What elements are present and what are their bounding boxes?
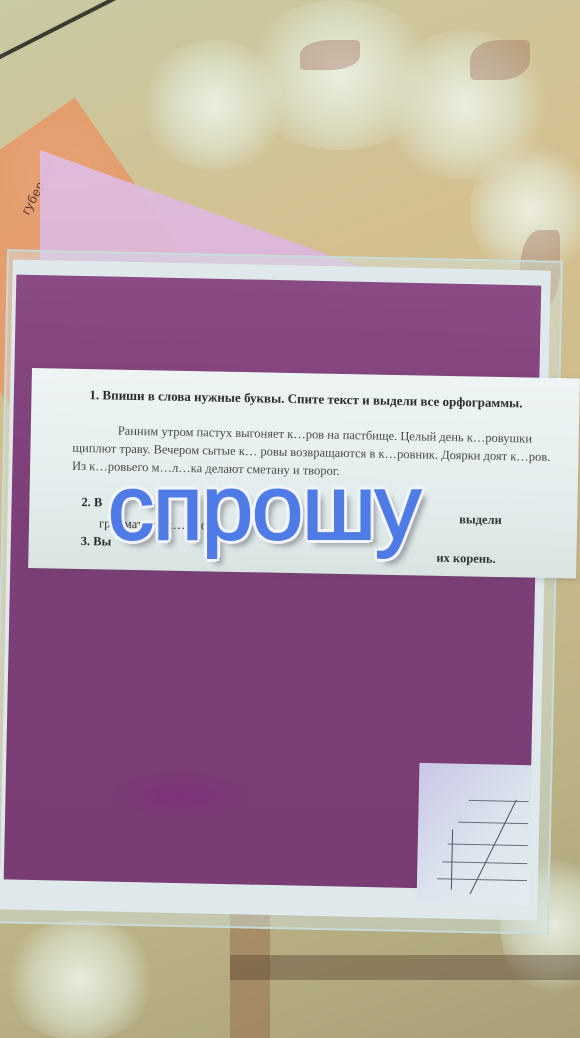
sticker-text: спрошу xyxy=(108,462,420,554)
tablecloth-leaf xyxy=(470,40,530,80)
folded-corner xyxy=(417,763,532,905)
cover-stain xyxy=(110,770,250,820)
task-2-end: выдели xyxy=(459,512,502,528)
task-1-heading: 1. Впиши в слова нужные буквы. Спите тек… xyxy=(89,387,522,411)
task-3-start: 3. Вы xyxy=(81,534,112,550)
task-2-start: 2. В xyxy=(81,495,102,510)
task-3-end: их корень. xyxy=(436,551,496,567)
tablecloth-stripe xyxy=(230,955,580,980)
tablecloth-flower xyxy=(0,920,160,1038)
tablecloth-leaf xyxy=(300,40,360,70)
